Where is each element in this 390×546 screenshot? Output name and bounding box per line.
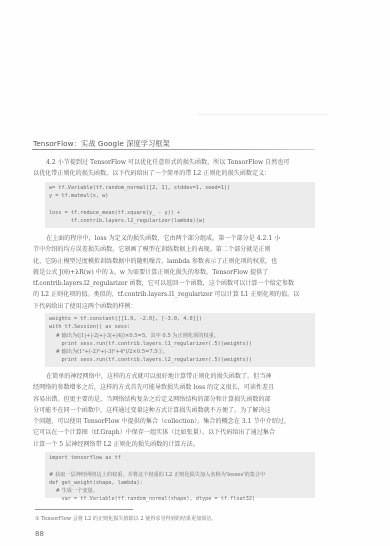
text-line: 就是公式 J(θ)+λR(w) 中的 λ。w 为需要计算正则化损失的参数。Ten… [33,267,315,278]
footnote-rule [35,509,133,510]
code-line: def get_weight(shape, lambda): [49,479,311,487]
code-block-collection: import tensorflow as tf # 获取一层神经网络边上的权重，… [45,452,315,498]
code-comment: # 生成一个变量。 [49,487,311,495]
running-head: TensorFlow：实战 Google 深度学习框架 [33,139,170,149]
code-block-l2-loss: w= tf.Variable(tf.random_normal([2, 1], … [45,182,315,228]
text-line: 4.2 小节提到过 TensorFlow 可以优化任意形式的损失函数，所以 Te… [33,157,315,168]
scan-shadow [198,113,328,116]
paragraph-explanation: 在上面的程序中，loss 为定义的损失函数，它由两个部分组成。第一个部分是 4.… [33,233,315,312]
paragraph-intro: 4.2 小节提到过 TensorFlow 可以优化任意形式的损失函数，所以 Te… [33,157,315,180]
code-line: y = tf.matmul(x, w) [49,192,311,200]
code-line: loss = tf.reduce_mean(tf.square(y_ - y))… [49,209,311,217]
code-line: import tensorflow as tf [49,454,311,462]
text-line: 个问题，可以使用 TensorFlow 中提供的集合（collection）。集… [33,416,315,427]
text-line: 的 L2 正则化项的值。类似的，tf.contrib.layers.l1_reg… [33,289,315,300]
code-line: print sess.run(tf.contrib.layers.l2_regu… [49,356,311,364]
code-comment: # 输出为(1²+(-2)²+(-3)²+4²)/2×0.5=7.5①。 [49,348,311,356]
text-line: 在简单的神经网络中，这样的方式就可以很好地计算带正则化的损失函数了。但当神 [33,371,315,382]
header-rule [32,149,315,150]
code-line: print sess.run(tf.contrib.layers.l1_regu… [49,340,311,348]
text-line: tf.contrib.layers.l2_regularizer 函数，它可以返… [33,278,315,289]
text-line: 在上面的程序中，loss 为定义的损失函数，它由两个部分组成。第一个部分是 4.… [33,233,315,244]
text-line: 容易出错。但更主要的是，当网络结构复杂之后定义网络结构的部分和计算损失函数的部 [33,394,315,405]
code-line: w= tf.Variable(tf.random_normal([2, 1], … [49,184,311,192]
bleed-through-text: · · · [140,502,147,507]
code-line: with tf.Session() as sess: [49,323,311,331]
book-page: TensorFlow：实战 Google 深度学习框架 4.2 小节提到过 Te… [0,0,390,546]
code-line [49,462,311,470]
code-comment: # 获取一层神经网络边上的权重，并将这个权重的 L2 正则化损失加入名称为'lo… [49,471,311,479]
code-line: tf.contrib.layers.l2_regularizer(lambda)… [49,217,311,225]
text-line: 分可能不在同一个函数中，这样通过变量这种方式计算损失函数就不方便了。为了解决这 [33,405,315,416]
page-number: 88 [35,530,44,538]
text-line: 经网络的参数增多之后，这样的方式首先可能导致损失函数 loss 的定义很长，可读… [33,382,315,393]
text-line: 以优化带正则化的损失函数。以下代码给出了一个简单的带 L2 正则化的损失函数定义… [33,168,315,179]
text-line: 它可以在一个计算图（tf.Graph）中保存一组实体（比如张量）。以下代码给出了… [33,427,315,438]
code-line: var = tf.Variable(tf.random_normal(shape… [49,495,311,503]
code-line [49,201,311,209]
text-line: 下代码给出了使用这两个函数的样例： [33,301,315,312]
paragraph-collection: 在简单的神经网络中，这样的方式就可以很好地计算带正则化的损失函数了。但当神 经网… [33,371,315,450]
text-line: 计算一个 5 层神经网络带 L2 正则化的损失函数的计算方法。 [33,439,315,450]
code-comment: # 输出为(|1|+|-2|+|-3|+|4|)×0.5=5。其中 0.5 为正… [49,332,311,340]
code-line: weights = tf.constant([[1.0, -2.0], [-3.… [49,315,311,323]
text-line: 节中介绍的均方误差损失函数，它刻画了模型在训练数据上的表现。第二个部分就是正则 [33,244,315,255]
text-line: 化，它防止模型过度模拟训练数据中的随机噪音。lambda 参数表示了正则化项的权… [33,256,315,267]
footnote: ① TensorFlow 会将 L2 的正则化损失值除以 2 使得求导得到的结果… [35,515,217,522]
code-block-regularizer-example: weights = tf.constant([[1.0, -2.0], [-3.… [45,313,315,367]
